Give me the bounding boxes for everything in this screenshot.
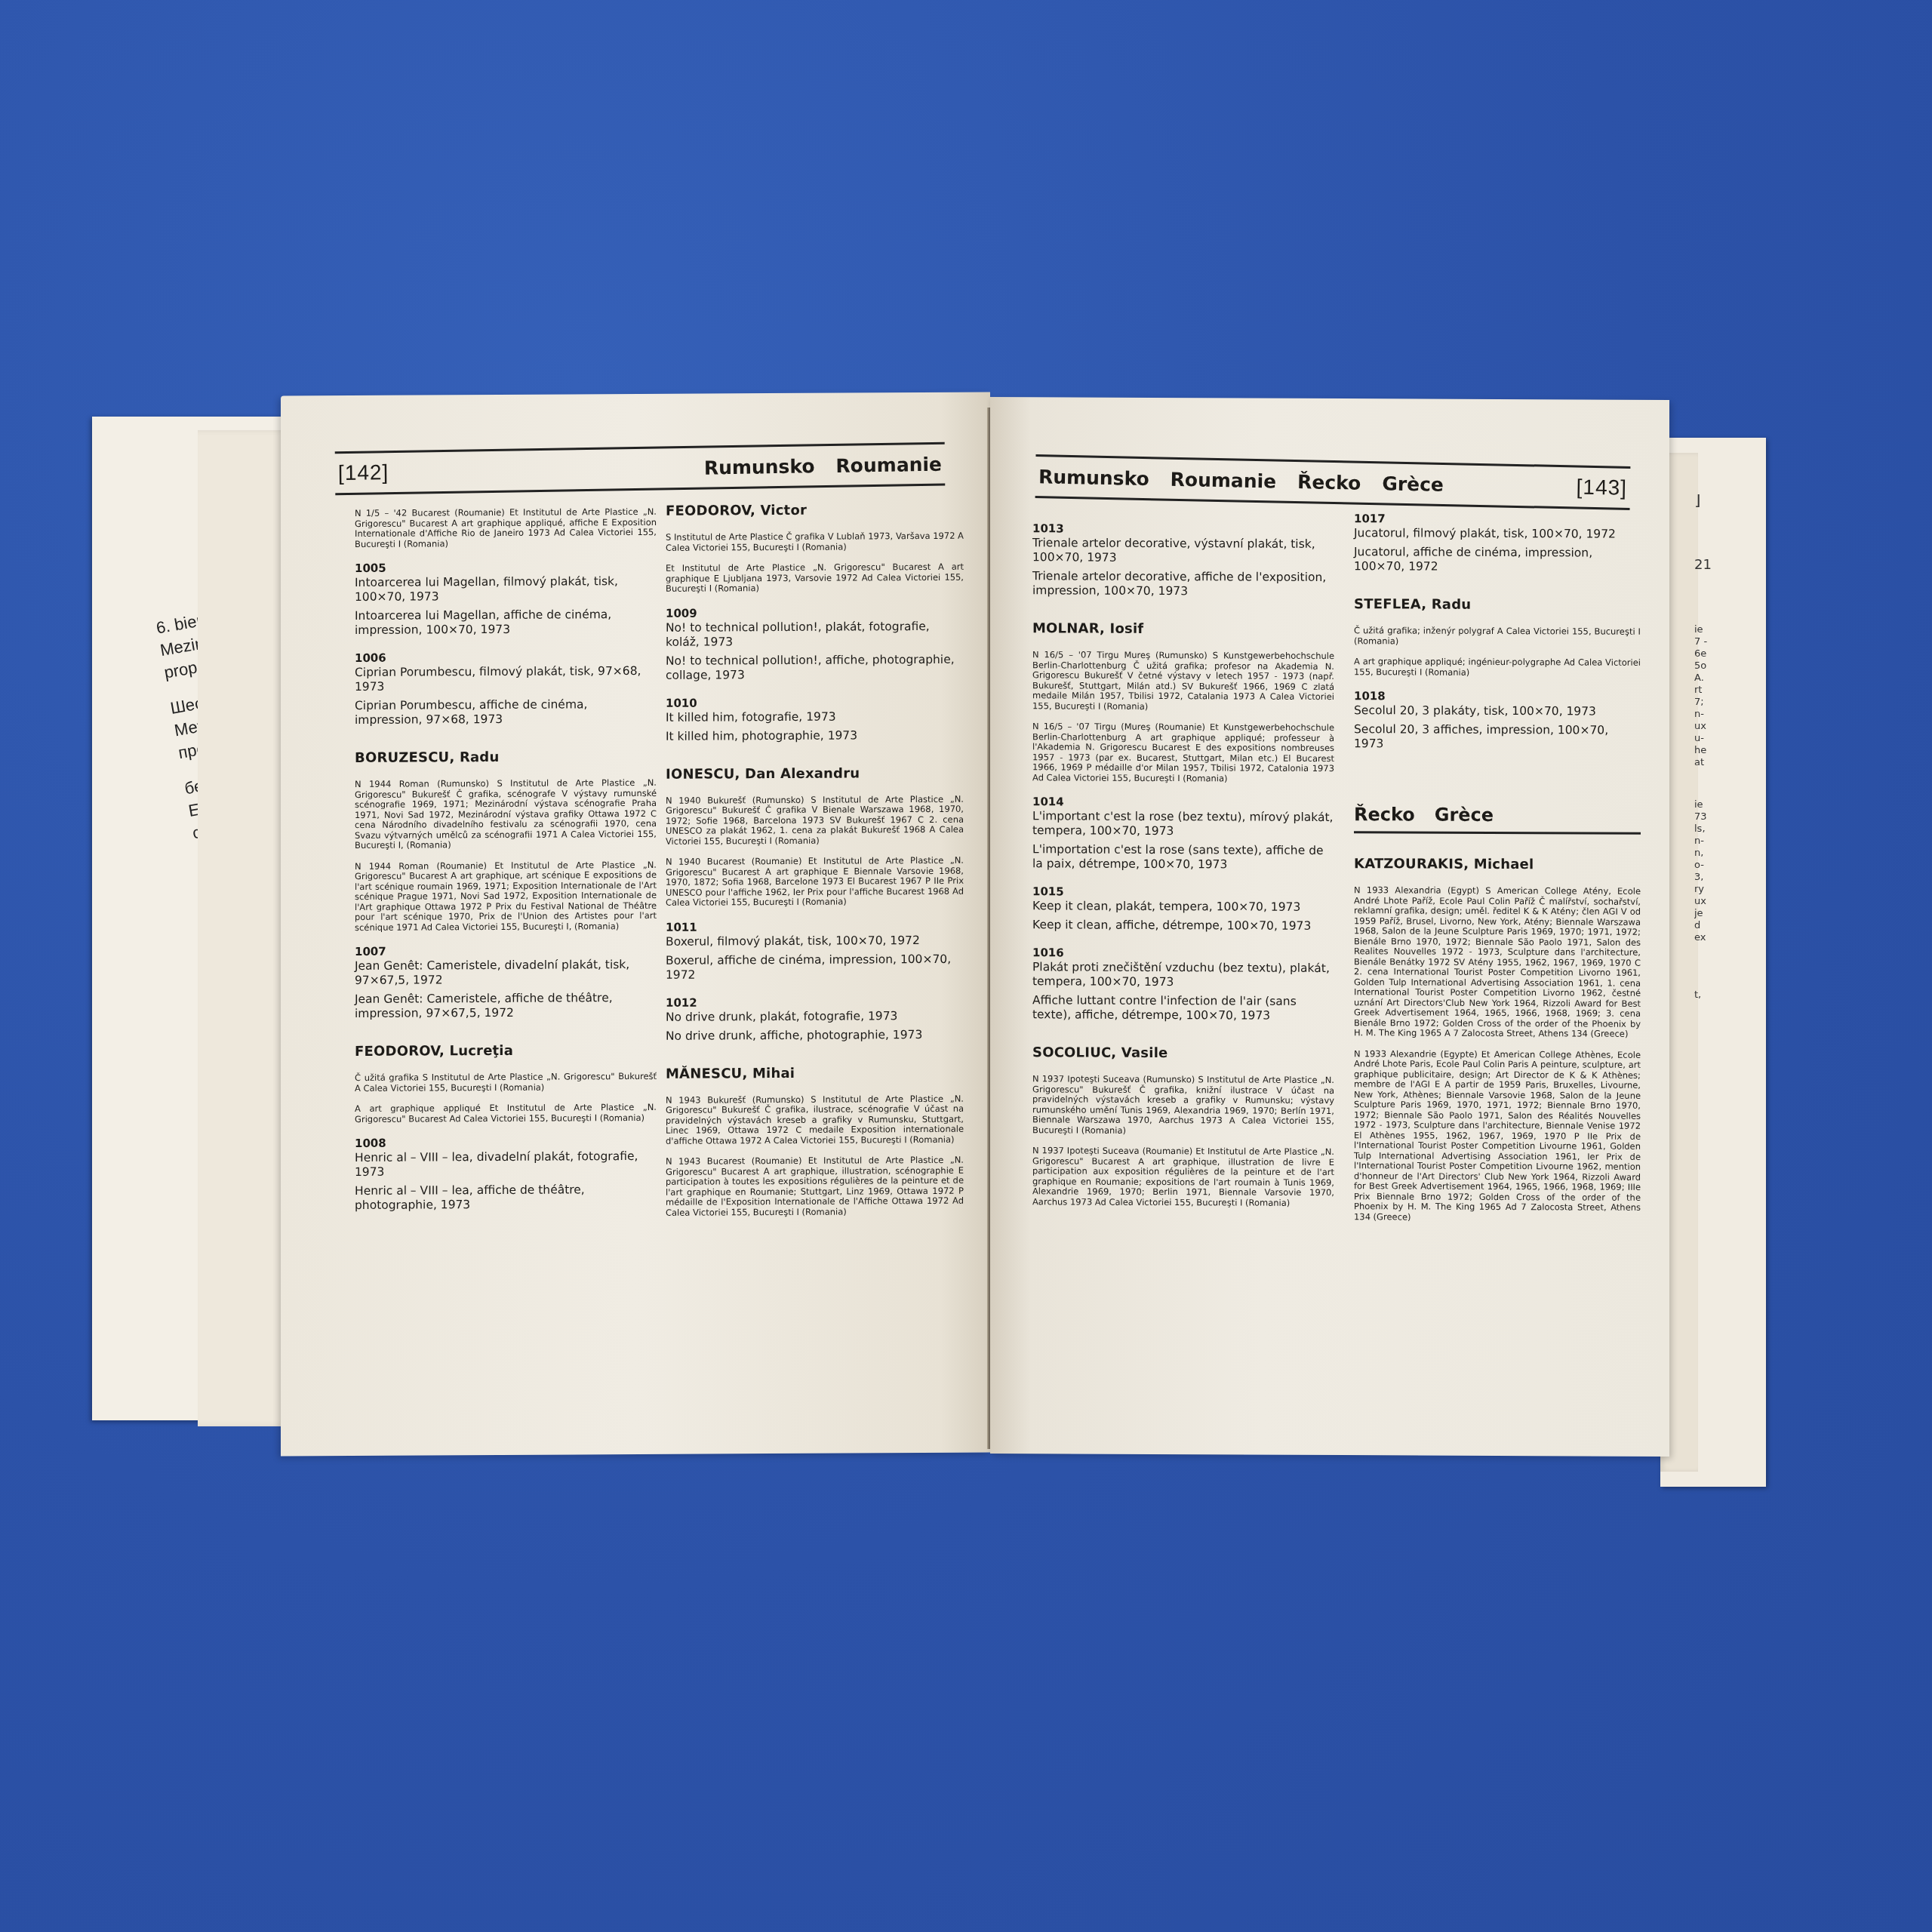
artist-bio-cz: Č užitá grafika S Institutul de Arte Pla…	[355, 1072, 657, 1094]
entry-title-fr: Boxerul, affiche de cinéma, impression, …	[666, 952, 964, 982]
running-head-cz: Rumunsko	[1038, 466, 1149, 490]
text-fragment: je	[1694, 908, 1724, 920]
artist-bio-fr: N 1940 Bucarest (Roumanie) Et Institutul…	[666, 856, 964, 909]
running-head-fr: Roumanie	[1171, 468, 1277, 492]
catalogue-entry: 1013 Trienale artelor decorative, výstav…	[1032, 521, 1334, 599]
artist-name: FEODOROV, Lucreţia	[355, 1042, 657, 1060]
text-fragment: ux	[1694, 896, 1724, 908]
text-fragment: 7;	[1694, 697, 1724, 709]
section-heading-fr: Grèce	[1435, 804, 1494, 826]
entry-title-cz: L'important c'est la rose (bez textu), m…	[1032, 809, 1334, 839]
text-fragment: he	[1694, 745, 1724, 757]
catalogue-entry: 1018 Secolul 20, 3 plakáty, tisk, 100×70…	[1354, 689, 1641, 752]
running-head: Rumunsko Roumanie Řecko Grèce	[1038, 466, 1444, 496]
entry-title-fr: Secolul 20, 3 affiches, impression, 100×…	[1354, 722, 1641, 752]
artist-bio-cz: Č užitá grafika; inženýr polygraf A Cale…	[1354, 626, 1641, 648]
artist-bio-fr: N 1933 Alexandrie (Egypte) Et American C…	[1354, 1049, 1641, 1223]
entry-title-fr: No! to technical pollution!, affiche, ph…	[666, 652, 964, 682]
right-page-header: Rumunsko Roumanie Řecko Grèce [143]	[1035, 454, 1631, 510]
text-fragment: rt	[1694, 685, 1724, 697]
section-heading-greece: Řecko Grèce	[1354, 804, 1641, 835]
running-head-cz: Rumunsko	[704, 455, 815, 478]
artist-name: FEODOROV, Victor	[666, 502, 964, 519]
entry-title-cz: No! to technical pollution!, plakát, fot…	[666, 619, 964, 649]
entry-number: 1017	[1354, 512, 1641, 527]
entry-title-fr: It killed him, photographie, 1973	[666, 728, 964, 743]
entry-title-fr: No drive drunk, affiche, photographie, 1…	[666, 1027, 964, 1043]
artist-name: MOLNAR, Iosif	[1032, 620, 1334, 638]
artist-bio-fr: N 1944 Roman (Roumanie) Et Institutul de…	[355, 860, 657, 933]
text-fragment: 5o	[1694, 660, 1724, 672]
text-fragment: n-	[1694, 835, 1724, 848]
artist-bio-cz: S Institutul de Arte Plastice Č grafika …	[666, 531, 964, 553]
entry-number: 1013	[1032, 521, 1334, 537]
artist-bio-fr: N 16/5 – '07 Tirgu (Mureş (Roumanie) Et …	[1032, 721, 1334, 784]
catalogue-entry: 1011 Boxerul, filmový plakát, tisk, 100×…	[666, 918, 964, 982]
entry-number: 1007	[355, 943, 657, 958]
artist-name: SOCOLIUC, Vasile	[1032, 1044, 1334, 1062]
artist-bio-fr: N 1/5 – '42 Bucarest (Roumanie) Et Insti…	[355, 507, 657, 549]
text-fragment: t,	[1694, 989, 1724, 1001]
catalogue-entry: 1009 No! to technical pollution!, plakát…	[666, 605, 964, 682]
entry-title-fr: Keep it clean, affiche, détrempe, 100×70…	[1032, 918, 1334, 934]
jacket-right-text: ] 21 ie 7 - 6e 5o A. rt 7; n- ux u- he a…	[1694, 494, 1724, 1001]
entry-number: 1016	[1032, 946, 1334, 961]
text-fragment: o-	[1694, 860, 1724, 872]
catalogue-entry: 1016 Plakát proti znečištění vzduchu (be…	[1032, 946, 1334, 1023]
artist-bio-fr: N 1943 Bucarest (Roumanie) Et Institutul…	[666, 1155, 964, 1218]
jacket-right-number: 21	[1694, 559, 1724, 571]
catalogue-entry: 1010 It killed him, fotografie, 1973 It …	[666, 694, 964, 743]
running-head: Rumunsko Roumanie	[704, 453, 942, 478]
entry-title-fr: Jucatorul, affiche de cinéma, impression…	[1354, 545, 1641, 575]
entry-title-fr: L'importation c'est la rose (sans texte)…	[1032, 842, 1334, 872]
text-fragment: 7 -	[1694, 636, 1724, 648]
page-stack-left	[198, 430, 290, 1426]
artist-bio-fr: Et Institutul de Arte Plastice „N. Grigo…	[666, 562, 964, 595]
page-number: [142]	[338, 460, 389, 485]
entry-title-cz: Jucatorul, filmový plakát, tisk, 100×70,…	[1354, 526, 1641, 542]
entry-title-fr: Intoarcerea lui Magellan, affiche de cin…	[355, 608, 657, 638]
entry-title-cz: Secolul 20, 3 plakáty, tisk, 100×70, 197…	[1354, 703, 1641, 719]
entry-title-cz: Trienale artelor decorative, výstavní pl…	[1032, 536, 1334, 566]
entry-title-cz: Intoarcerea lui Magellan, filmový plakát…	[355, 574, 657, 605]
catalogue-entry: 1006 Ciprian Porumbescu, filmový plakát,…	[355, 650, 657, 728]
entry-number: 1005	[355, 560, 657, 575]
artist-bio-cz: N 1944 Roman (Rumunsko) S Institutul de …	[355, 778, 657, 851]
text-fragment: n,	[1694, 848, 1724, 860]
entry-number: 1015	[1032, 884, 1334, 900]
left-page-header: [142] Rumunsko Roumanie	[335, 442, 946, 496]
artist-bio-fr: N 1937 Ipoteşti Suceava (Roumanie) Et In…	[1032, 1146, 1334, 1208]
section-heading-cz: Řecko	[1354, 804, 1415, 825]
text-fragment: 6e	[1694, 648, 1724, 660]
artist-bio-fr: A art graphique appliqué; ingénieur-poly…	[1354, 657, 1641, 678]
entry-number: 1012	[666, 994, 964, 1009]
text-fragment: u-	[1694, 733, 1724, 745]
page-number: [143]	[1576, 475, 1627, 500]
entry-title-fr: Affiche luttant contre l'infection de l'…	[1032, 993, 1334, 1023]
artist-name: KATZOURAKIS, Michael	[1354, 856, 1641, 873]
entry-title-fr: Trienale artelor decorative, affiche de …	[1032, 569, 1334, 599]
entry-number: 1009	[666, 605, 964, 620]
running-head-fr: Roumanie	[835, 453, 942, 476]
artist-name: IONESCU, Dan Alexandru	[666, 764, 964, 782]
right-page: Rumunsko Roumanie Řecko Grèce [143] 1013…	[990, 397, 1669, 1457]
catalogue-entry: 1015 Keep it clean, plakát, tempera, 100…	[1032, 884, 1334, 934]
artist-bio-cz: N 16/5 – '07 Tirgu Mureş (Rumunsko) S Ku…	[1032, 650, 1334, 712]
artist-bio-cz: N 1937 Ipoteşti Suceava (Rumunsko) S Ins…	[1032, 1074, 1334, 1137]
running-head-fr: Grèce	[1382, 472, 1444, 496]
entry-title-cz: Boxerul, filmový plakát, tisk, 100×70, 1…	[666, 933, 964, 949]
artist-name: BORUZESCU, Radu	[355, 749, 657, 766]
text-fragment: ls,	[1694, 823, 1724, 835]
entry-title-cz: Ciprian Porumbescu, filmový plakát, tisk…	[355, 664, 657, 694]
entry-number: 1018	[1354, 689, 1641, 704]
entry-number: 1006	[355, 650, 657, 665]
entry-title-fr: Jean Genêt: Cameristele, affiche de théâ…	[355, 991, 657, 1021]
entry-number: 1014	[1032, 795, 1334, 810]
text-fragment: ie	[1694, 799, 1724, 811]
left-page-column-2: FEODOROV, Victor S Institutul de Arte Pl…	[666, 502, 964, 1229]
entry-number: 1011	[666, 918, 964, 934]
text-fragment: A.	[1694, 672, 1724, 685]
entry-title-cz: Keep it clean, plakát, tempera, 100×70, …	[1032, 899, 1334, 915]
entry-title-fr: Henric al – VIII – lea, affiche de théât…	[355, 1183, 657, 1213]
left-page: [142] Rumunsko Roumanie N 1/5 – '42 Buca…	[281, 392, 990, 1457]
text-fragment: ry	[1694, 884, 1724, 896]
text-fragment: ex	[1694, 932, 1724, 944]
catalogue-entry: 1012 No drive drunk, plakát, fotografie,…	[666, 994, 964, 1043]
text-fragment: ie	[1694, 624, 1724, 636]
catalogue-entry: 1017 Jucatorul, filmový plakát, tisk, 10…	[1354, 512, 1641, 575]
artist-name: STEFLEA, Radu	[1354, 596, 1641, 614]
text-fragment: n-	[1694, 709, 1724, 721]
running-head-cz: Řecko	[1297, 471, 1361, 494]
entry-number: 1010	[666, 694, 964, 709]
entry-title-cz: Jean Genêt: Cameristele, divadelní plaká…	[355, 958, 657, 988]
text-fragment: 3,	[1694, 872, 1724, 884]
entry-title-cz: No drive drunk, plakát, fotografie, 1973	[666, 1008, 964, 1024]
catalogue-entry: 1014 L'important c'est la rose (bez text…	[1032, 795, 1334, 872]
left-page-column-1: N 1/5 – '42 Bucarest (Roumanie) Et Insti…	[355, 507, 657, 1226]
right-page-column-2: 1017 Jucatorul, filmový plakát, tisk, 10…	[1354, 512, 1641, 1234]
artist-bio-cz: N 1933 Alexandria (Egypt) S American Col…	[1354, 885, 1641, 1039]
artist-bio-fr: A art graphique appliqué Et Institutul d…	[355, 1103, 657, 1124]
catalogue-entry: 1007 Jean Genêt: Cameristele, divadelní …	[355, 943, 657, 1021]
artist-bio-cz: N 1940 Bukurešť (Rumunsko) S Institutul …	[666, 794, 964, 847]
right-page-column-1: 1013 Trienale artelor decorative, výstav…	[1032, 521, 1334, 1219]
jacket-right-bracket: ]	[1694, 494, 1724, 506]
catalogue-entry: 1005 Intoarcerea lui Magellan, filmový p…	[355, 560, 657, 638]
artist-bio-cz: N 1943 Bukurešť (Rumunsko) S Institutul …	[666, 1094, 964, 1146]
text-fragment: d	[1694, 920, 1724, 932]
text-fragment: ux	[1694, 721, 1724, 733]
catalogue-entry: 1008 Henric al – VIII – lea, divadelní p…	[355, 1135, 657, 1213]
text-fragment: at	[1694, 757, 1724, 769]
text-fragment: 73	[1694, 811, 1724, 823]
entry-title-cz: Henric al – VIII – lea, divadelní plakát…	[355, 1149, 657, 1180]
entry-title-fr: Ciprian Porumbescu, affiche de cinéma, i…	[355, 697, 657, 728]
entry-number: 1008	[355, 1135, 657, 1150]
entry-title-cz: It killed him, fotografie, 1973	[666, 709, 964, 724]
artist-name: MĂNESCU, Mihai	[666, 1064, 964, 1081]
entry-title-cz: Plakát proti znečištění vzduchu (bez tex…	[1032, 960, 1334, 990]
